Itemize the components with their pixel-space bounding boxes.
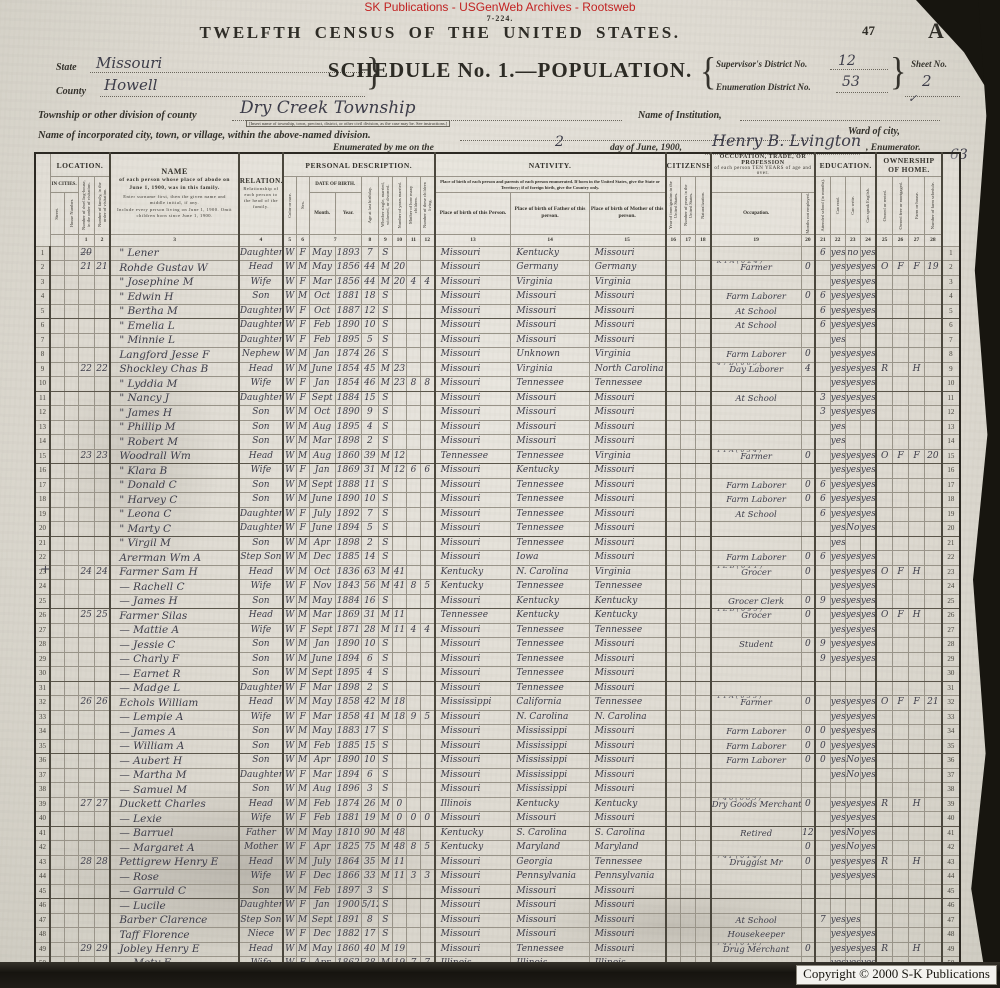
cell-children-living [420, 884, 434, 899]
cell-mother-of-children [406, 855, 420, 870]
cell-relation: Wife [239, 464, 283, 479]
cell-birth-year: 1884 [335, 594, 361, 609]
cell-relation: Daughter [239, 681, 283, 696]
cell-can-read: yes [830, 420, 845, 435]
cell-line-number: 24 [35, 580, 50, 595]
cell-family-number [94, 551, 110, 566]
cell-immigration-year [666, 348, 681, 363]
cell-father-birthplace: Tennessee [511, 623, 589, 638]
cell-months-not-employed [801, 884, 815, 899]
cell-line-number: 8 [35, 348, 50, 363]
cell-can-read: yes [830, 870, 845, 885]
cell-name: Woodrall Wm [110, 449, 239, 464]
header-pob-mother: Place of birth of Mother of this person. [589, 193, 665, 235]
cell-dwelling-number [78, 290, 94, 305]
cell-house-number [64, 420, 78, 435]
cell-speaks-english: yes [860, 855, 876, 870]
cell-attended-school [815, 899, 830, 914]
cell-line-number-right: 3 [942, 275, 960, 290]
cell-children-living [420, 478, 434, 493]
cell-birth-year: 1885 [335, 551, 361, 566]
cell-dwelling-number [78, 580, 94, 595]
cell-owned-rented: O [876, 565, 892, 580]
cell-birth-year: 1883 [335, 725, 361, 740]
cell-line-number: 44 [35, 870, 50, 885]
cell-naturalization [696, 420, 711, 435]
cell-age: 8 [361, 913, 378, 928]
cell-farm-schedule [925, 348, 942, 363]
cell-family-number [94, 783, 110, 798]
cell-house-number [64, 783, 78, 798]
cell-street [50, 826, 64, 841]
cell-attended-school [815, 710, 830, 725]
cell-years-married [392, 768, 406, 783]
cell-occupation: 7 4 6 ( 0 8 3 )Dry Goods Merchant [711, 797, 801, 812]
cell-age: 26 [361, 348, 378, 363]
cell-mother-birthplace: Missouri [589, 812, 665, 827]
cell-owned-rented [876, 464, 892, 479]
cell-age: 15 [361, 739, 378, 754]
cell-birth-year: 1825 [335, 841, 361, 856]
cell-naturalization [696, 449, 711, 464]
cell-naturalization [696, 275, 711, 290]
cell-line-number-right: 8 [942, 348, 960, 363]
cell-children-living: 0 [420, 812, 434, 827]
cell-farm-house [908, 464, 924, 479]
cell-line-number: 13 [35, 420, 50, 435]
cell-street [50, 710, 64, 725]
cell-owned-rented: R [876, 855, 892, 870]
cell-father-birthplace: Missouri [511, 913, 589, 928]
cell-dwelling-number [78, 275, 94, 290]
cell-months-not-employed: 0 [801, 594, 815, 609]
cell-mother-of-children [406, 928, 420, 943]
cell-free-mortgaged: F [892, 565, 908, 580]
occupation-code: 4 7 B ( 0 6 5 ) [717, 362, 762, 366]
cell-mother-of-children [406, 261, 420, 276]
cell-children-living [420, 391, 434, 406]
cell-farm-house [908, 493, 924, 508]
cell-birth-month: May [309, 261, 335, 276]
cell-can-read: yes [830, 275, 845, 290]
cell-farm-house [908, 754, 924, 769]
cell-line-number-right: 32 [942, 696, 960, 711]
cell-sex: M [296, 725, 309, 740]
cell-name: — Rose [110, 870, 239, 885]
cell-naturalization [696, 899, 711, 914]
cell-farm-schedule [925, 580, 942, 595]
table-row: 39 27 27 Duckett Charles Head W M Feb 18… [35, 797, 960, 812]
cell-immigration-year [666, 739, 681, 754]
cell-immigration-year [666, 246, 681, 261]
cell-naturalization [696, 435, 711, 450]
cell-family-number [94, 754, 110, 769]
cell-street [50, 522, 64, 537]
cell-years-married: 12 [392, 449, 406, 464]
cell-farm-schedule [925, 638, 942, 653]
cell-naturalization [696, 696, 711, 711]
cell-mother-of-children: 0 [406, 812, 420, 827]
cell-speaks-english: yes [860, 290, 876, 305]
cell-father-birthplace: Kentucky [511, 464, 589, 479]
occupation-value: At School [736, 916, 777, 926]
cell-mother-of-children [406, 913, 420, 928]
cell-birthplace: Missouri [435, 406, 511, 421]
cell-birth-year: 1892 [335, 507, 361, 522]
cell-farm-house: F [908, 696, 924, 711]
cell-farm-schedule [925, 884, 942, 899]
cell-sex: M [296, 884, 309, 899]
cell-mother-birthplace: Missouri [589, 899, 665, 914]
cell-marital-status: S [378, 536, 392, 551]
table-row: 4 " Edwin H Son W M Oct 1881 18 S Missou… [35, 290, 960, 305]
cell-age: 16 [361, 594, 378, 609]
cell-house-number [64, 754, 78, 769]
cell-father-birthplace: Mississippi [511, 739, 589, 754]
cell-mother-of-children [406, 696, 420, 711]
cell-naturalization [696, 246, 711, 261]
cell-race: W [283, 754, 296, 769]
cell-months-not-employed [801, 522, 815, 537]
cell-mother-of-children [406, 319, 420, 334]
cell-sex: M [296, 362, 309, 377]
cell-race: W [283, 406, 296, 421]
cell-line-number: 36 [35, 754, 50, 769]
cell-age: 26 [361, 797, 378, 812]
cell-house-number [64, 652, 78, 667]
cell-house-number [64, 884, 78, 899]
cell-farm-schedule [925, 855, 942, 870]
cell-can-read: yes [830, 304, 845, 319]
cell-farm-schedule [925, 623, 942, 638]
cell-mother-of-children [406, 681, 420, 696]
cell-years-married: 0 [392, 797, 406, 812]
occupation-value: Farm Laborer [726, 350, 786, 360]
cell-speaks-english: yes [860, 493, 876, 508]
cell-occupation [711, 246, 801, 261]
cell-race: W [283, 377, 296, 392]
cell-birth-year: 1898 [335, 435, 361, 450]
cell-free-mortgaged [892, 681, 908, 696]
cell-sex: M [296, 855, 309, 870]
cell-line-number-right: 12 [942, 406, 960, 421]
cell-years-in-us [681, 406, 696, 421]
cell-immigration-year [666, 609, 681, 624]
cell-mother-of-children [406, 652, 420, 667]
cell-mother-birthplace: Missouri [589, 681, 665, 696]
cell-birthplace: Mississippi [435, 696, 511, 711]
cell-can-read: yes [830, 290, 845, 305]
cell-line-number-right: 49 [942, 942, 960, 957]
cell-dwelling-number [78, 928, 94, 943]
cell-owned-rented [876, 884, 892, 899]
cell-marital-status: M [378, 377, 392, 392]
cell-years-married [392, 638, 406, 653]
cell-sex: M [296, 913, 309, 928]
cell-birth-month: May [309, 594, 335, 609]
cell-can-read: yes [830, 580, 845, 595]
cell-line-number-right: 48 [942, 928, 960, 943]
cell-years-married [392, 594, 406, 609]
cell-mother-birthplace: Tennessee [589, 580, 665, 595]
cell-birth-year: 1860 [335, 942, 361, 957]
cell-immigration-year [666, 841, 681, 856]
cell-age: 4 [361, 667, 378, 682]
cell-farm-house [908, 246, 924, 261]
cell-street [50, 768, 64, 783]
cell-can-read: yes [830, 942, 845, 957]
cell-name: Duckett Charles [110, 797, 239, 812]
cell-attended-school [815, 812, 830, 827]
cell-farm-house [908, 739, 924, 754]
cell-children-living [420, 681, 434, 696]
cell-farm-schedule [925, 942, 942, 957]
cell-years-in-us [681, 609, 696, 624]
header-marital: Whether single, married, widowed, or div… [378, 177, 392, 235]
cell-farm-schedule [925, 362, 942, 377]
cell-father-birthplace: Tennessee [511, 652, 589, 667]
cell-attended-school: 6 [815, 493, 830, 508]
cell-months-not-employed: 0 [801, 565, 815, 580]
occupation-code: 1 E B ( 6 1 1 ) [717, 565, 763, 569]
cell-race: W [283, 362, 296, 377]
cell-mother-birthplace: Tennessee [589, 623, 665, 638]
cell-father-birthplace: Tennessee [511, 522, 589, 537]
cell-father-birthplace: Tennessee [511, 493, 589, 508]
cell-years-in-us [681, 493, 696, 508]
cell-free-mortgaged: F [892, 449, 908, 464]
cell-dwelling-number [78, 319, 94, 334]
cell-years-married [392, 290, 406, 305]
cell-farm-schedule [925, 899, 942, 914]
cell-can-read: yes [830, 928, 845, 943]
cell-months-not-employed: 0 [801, 348, 815, 363]
cell-birth-year: 1894 [335, 768, 361, 783]
cell-can-write: yes [845, 928, 860, 943]
cell-name: — Samuel M [110, 783, 239, 798]
occupation-value: At School [736, 510, 777, 520]
cell-children-living [420, 420, 434, 435]
cell-house-number [64, 812, 78, 827]
cell-occupation: At School [711, 507, 801, 522]
cell-dwelling-number: 27 [78, 797, 94, 812]
cell-birth-month: Mar [309, 710, 335, 725]
cell-race: W [283, 638, 296, 653]
cell-line-number: 43 [35, 855, 50, 870]
cell-relation: Son [239, 420, 283, 435]
cell-mother-birthplace: Missouri [589, 884, 665, 899]
cell-marital-status: M [378, 855, 392, 870]
cell-relation: Head [239, 855, 283, 870]
cell-immigration-year [666, 580, 681, 595]
cell-line-number-right: 36 [942, 754, 960, 769]
cell-line-number: 4 [35, 290, 50, 305]
cell-marital-status: S [378, 768, 392, 783]
cell-house-number [64, 826, 78, 841]
cell-years-married [392, 725, 406, 740]
cell-street [50, 348, 64, 363]
cell-father-birthplace: Germany [511, 261, 589, 276]
cell-line-number-right: 35 [942, 739, 960, 754]
occupation-code: 7 4 F ( 0 1 6 ) [717, 942, 762, 946]
cell-months-not-employed [801, 435, 815, 450]
cell-years-in-us [681, 391, 696, 406]
cell-years-in-us [681, 928, 696, 943]
cell-birth-month: Nov [309, 580, 335, 595]
cell-farm-house: H [908, 565, 924, 580]
cell-mother-birthplace: Virginia [589, 565, 665, 580]
cell-father-birthplace: Mississippi [511, 725, 589, 740]
cell-street [50, 609, 64, 624]
cell-free-mortgaged [892, 493, 908, 508]
sheet-label: Sheet No. [911, 59, 947, 69]
cell-free-mortgaged: F [892, 696, 908, 711]
cell-street [50, 551, 64, 566]
cell-race: W [283, 580, 296, 595]
cell-occupation [711, 333, 801, 348]
cell-name: " Leona C [110, 507, 239, 522]
cell-relation: Head [239, 565, 283, 580]
cell-street [50, 638, 64, 653]
cell-age: 17 [361, 725, 378, 740]
cell-dwelling-number [78, 710, 94, 725]
cell-speaks-english: yes [860, 826, 876, 841]
cell-free-mortgaged [892, 884, 908, 899]
cell-occupation: K 1 A ( 0 2 4 )Farmer [711, 261, 801, 276]
cell-speaks-english: yes [860, 522, 876, 537]
cell-age: 10 [361, 319, 378, 334]
cell-owned-rented [876, 406, 892, 421]
cell-immigration-year [666, 638, 681, 653]
cell-birth-month: Sept [309, 667, 335, 682]
cell-marital-status: M [378, 623, 392, 638]
cell-can-write: yes [845, 464, 860, 479]
cell-relation: Niece [239, 928, 283, 943]
cell-years-in-us [681, 652, 696, 667]
cell-line-number-right: 47 [942, 913, 960, 928]
cell-immigration-year [666, 261, 681, 276]
cell-birth-year: 1896 [335, 783, 361, 798]
occupation-value: Farm Laborer [726, 481, 786, 491]
cell-months-not-employed [801, 652, 815, 667]
cell-dwelling-number [78, 333, 94, 348]
cell-occupation: 1 E B ( 0 9 5 )Grocer [711, 609, 801, 624]
cell-race: W [283, 826, 296, 841]
cell-can-write: yes [845, 609, 860, 624]
cell-attended-school [815, 522, 830, 537]
cell-birth-year: 1898 [335, 536, 361, 551]
cell-family-number: 28 [94, 855, 110, 870]
cell-birthplace: Missouri [435, 942, 511, 957]
cell-father-birthplace: Tennessee [511, 478, 589, 493]
cell-age: 14 [361, 551, 378, 566]
cell-race: W [283, 594, 296, 609]
cell-mother-of-children [406, 594, 420, 609]
cell-speaks-english: yes [860, 507, 876, 522]
cell-father-birthplace: Virginia [511, 362, 589, 377]
cell-age: 2 [361, 435, 378, 450]
cell-owned-rented [876, 377, 892, 392]
cell-years-married: 48 [392, 826, 406, 841]
cell-years-in-us [681, 594, 696, 609]
cell-race: W [283, 522, 296, 537]
table-row: 3 " Josephine M Wife W F Mar 1856 44 M 2… [35, 275, 960, 290]
cell-children-living: 4 [420, 623, 434, 638]
cell-dwelling-number: 24 [78, 565, 94, 580]
cell-family-number [94, 507, 110, 522]
cell-children-living [420, 507, 434, 522]
cell-months-not-employed [801, 928, 815, 943]
occupation-value: Housekeeper [728, 930, 785, 940]
cell-mother-birthplace: Missouri [589, 507, 665, 522]
cell-house-number [64, 710, 78, 725]
cell-children-living [420, 304, 434, 319]
header-naturalization: Naturalization. [696, 177, 711, 235]
cell-relation: Son [239, 638, 283, 653]
cell-occupation [711, 884, 801, 899]
header-pob-person: Place of birth of this Person. [435, 193, 511, 235]
cell-naturalization [696, 812, 711, 827]
cell-free-mortgaged [892, 623, 908, 638]
cell-relation: Daughter [239, 507, 283, 522]
cell-line-number: 40 [35, 812, 50, 827]
cell-occupation [711, 435, 801, 450]
cell-farm-schedule [925, 768, 942, 783]
cell-speaks-english: yes [860, 841, 876, 856]
header-in-cities: IN CITIES. [50, 177, 78, 193]
cell-birth-year: 1843 [335, 580, 361, 595]
cell-free-mortgaged [892, 783, 908, 798]
cell-speaks-english: yes [860, 797, 876, 812]
cell-can-read: yes [830, 507, 845, 522]
cell-sex: M [296, 594, 309, 609]
cell-marital-status: S [378, 725, 392, 740]
cell-attended-school: 6 [815, 246, 830, 261]
cell-relation: Daughter [239, 333, 283, 348]
table-row: 9 22 22 Shockley Chas B Head W M June 18… [35, 362, 960, 377]
cell-dwelling-number [78, 377, 94, 392]
cell-farm-house [908, 928, 924, 943]
cell-can-read [830, 667, 845, 682]
cell-birth-month: Feb [309, 319, 335, 334]
cell-months-not-employed [801, 913, 815, 928]
cell-mother-birthplace: Missouri [589, 725, 665, 740]
cell-age: 10 [361, 638, 378, 653]
cell-farm-house [908, 420, 924, 435]
cell-mother-of-children: 9 [406, 710, 420, 725]
cell-months-not-employed: 0 [801, 290, 815, 305]
cell-owned-rented [876, 507, 892, 522]
cell-occupation: Farm Laborer [711, 348, 801, 363]
cell-attended-school: 7 [815, 913, 830, 928]
cell-name: " Phillip M [110, 420, 239, 435]
cell-owned-rented [876, 493, 892, 508]
cell-father-birthplace: Missouri [511, 391, 589, 406]
cell-birth-year: 1893 [335, 246, 361, 261]
cell-relation: Son [239, 290, 283, 305]
cell-mother-birthplace: Missouri [589, 551, 665, 566]
cell-speaks-english: yes [860, 928, 876, 943]
header-street: Street. [50, 193, 64, 235]
cell-name: Rohde Gustav W [110, 261, 239, 276]
cell-years-married: 11 [392, 855, 406, 870]
cell-race: W [283, 435, 296, 450]
cell-sex: F [296, 580, 309, 595]
cell-years-married [392, 652, 406, 667]
cell-marital-status: S [378, 899, 392, 914]
cell-birthplace: Kentucky [435, 580, 511, 595]
cell-months-not-employed [801, 464, 815, 479]
